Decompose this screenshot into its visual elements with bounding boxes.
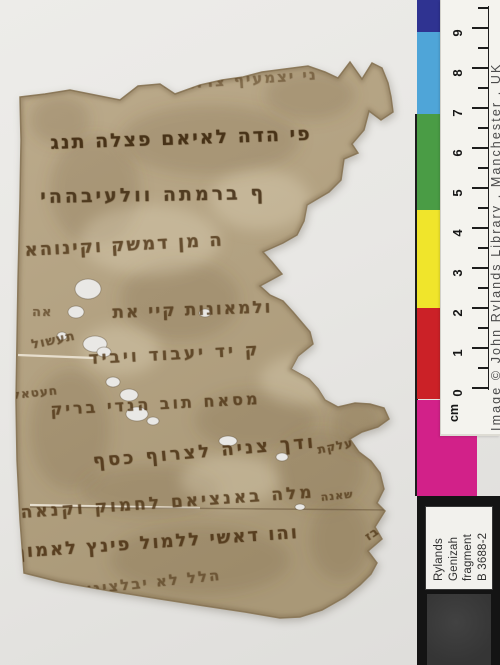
ruler-half-tick — [478, 247, 488, 249]
ruler-half-tick — [478, 87, 488, 89]
shelf-label: RylandsGenizahfragmentB 3688-2 — [426, 507, 492, 589]
ruler-number: 4 — [448, 224, 466, 242]
ruler-major-tick — [472, 107, 488, 109]
ruler-number: 0 — [448, 384, 466, 402]
color-square-yellow — [417, 210, 440, 308]
ruler-half-tick — [478, 47, 488, 49]
ruler-number: 5 — [448, 184, 466, 202]
copyright-text: Image © John Rylands Library , Mancheste… — [489, 63, 500, 431]
photo-stage: ני יצמעיף צרוווהיפי הדה לאיאם פצלה תנגף … — [0, 0, 500, 665]
ruler-number: 9 — [448, 24, 466, 42]
ruler-half-tick — [478, 207, 488, 209]
ruler-major-tick — [472, 67, 488, 69]
ruler-half-tick — [478, 127, 488, 129]
ruler-unit-label: cm — [445, 402, 463, 424]
ruler-number: 2 — [448, 304, 466, 322]
shelf-label-line: B 3688-2 — [476, 507, 491, 581]
ruler-major-tick — [472, 347, 488, 349]
shelf-label-text: RylandsGenizahfragmentB 3688-2 — [426, 507, 492, 589]
color-square-navy — [417, 0, 440, 32]
ruler-major-tick — [472, 387, 488, 389]
ruler-major-tick — [472, 147, 488, 149]
ruler-major-tick — [472, 27, 488, 29]
shelf-label-line: Genizah — [447, 507, 462, 581]
shelf-label-line: fragment — [461, 507, 476, 581]
ruler-number: 6 — [448, 144, 466, 162]
ruler-number: 1 — [448, 344, 466, 362]
ruler-half-tick — [478, 7, 488, 9]
ruler-half-tick — [478, 167, 488, 169]
color-square-light-blue — [417, 32, 440, 114]
ruler-major-tick — [472, 227, 488, 229]
shelf-label-line: Rylands — [432, 507, 447, 581]
ruler-half-tick — [478, 287, 488, 289]
ruler-major-tick — [472, 307, 488, 309]
ruler-half-tick — [478, 327, 488, 329]
ruler-major-tick — [472, 187, 488, 189]
cm-ruler: 0123456789cm Image © John Rylands Librar… — [440, 0, 500, 436]
color-square-green — [417, 114, 440, 210]
ruler-half-tick — [478, 367, 488, 369]
gray-calibration-square — [427, 594, 491, 665]
ruler-number: 7 — [448, 104, 466, 122]
ruler-number: 3 — [448, 264, 466, 282]
color-square-red — [417, 308, 440, 399]
ruler-number: 8 — [448, 64, 466, 82]
ruler-major-tick — [472, 267, 488, 269]
fragment-shape — [16, 62, 393, 618]
